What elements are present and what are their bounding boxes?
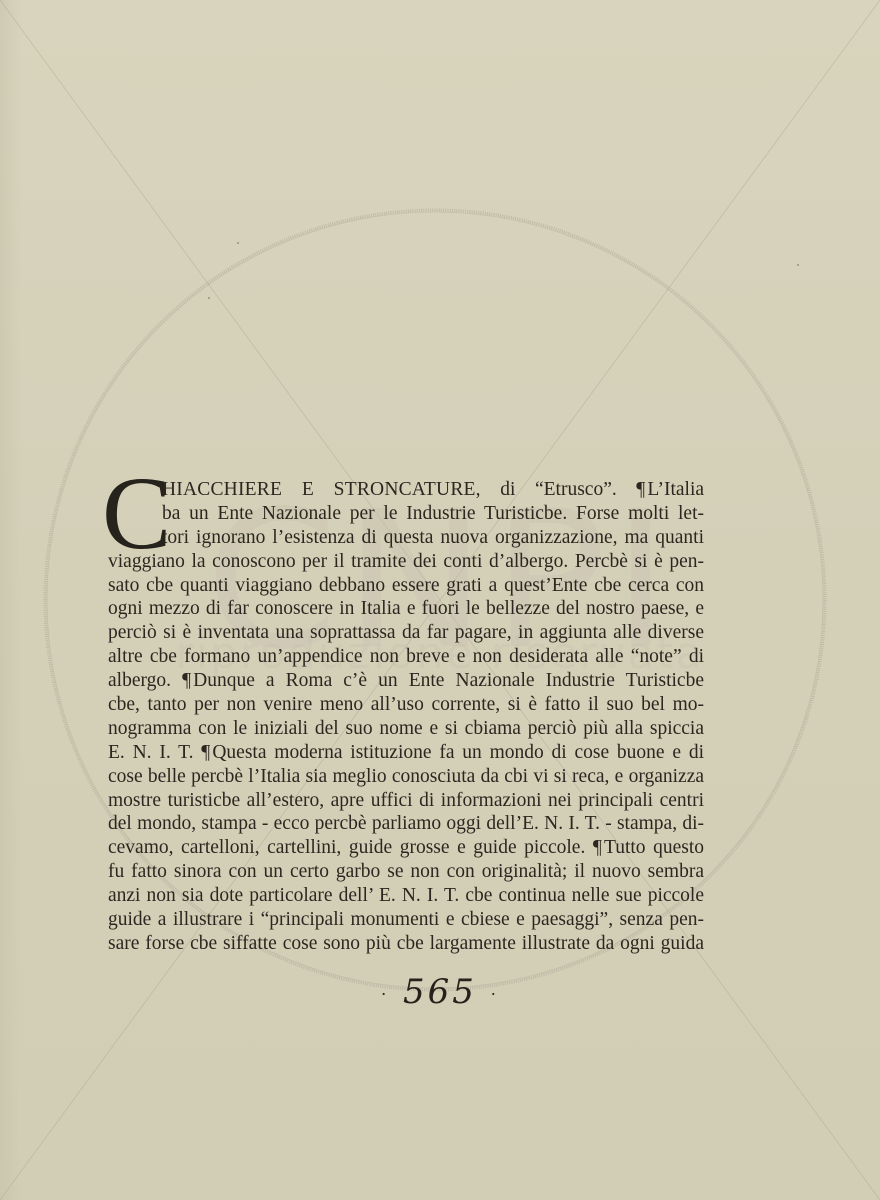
article-line-4: viaggiano la conoscono per il tramite de… bbox=[108, 550, 704, 574]
page-number-dot-right: · bbox=[491, 985, 499, 1004]
article-line-10: cbe, tanto per non venire meno all’uso c… bbox=[108, 693, 704, 717]
article-title: HIACCHIERE E STRONCATURE, bbox=[162, 479, 481, 500]
line-text: Dunque a Roma c’è un Ente Nazionale Indu… bbox=[193, 670, 704, 691]
article-line-15: del mondo, stampa - ecco percbè parliamo… bbox=[108, 812, 704, 836]
pilcrow-icon: ¶ bbox=[636, 478, 645, 502]
article-line-6: ogni mezzo di far conoscere in Italia e … bbox=[108, 597, 704, 621]
article-line-7: perciò si è inventata una soprattassa da… bbox=[108, 621, 704, 645]
article-line-9: albergo. ¶Dunque a Roma c’è un Ente Nazi… bbox=[108, 669, 704, 693]
article-line-11: nogramma con le iniziali del suo nome e … bbox=[108, 717, 704, 741]
line-text-before: E. N. I. T. bbox=[108, 742, 193, 763]
page-number-dot-left: · bbox=[381, 985, 389, 1004]
line-text-before: albergo. bbox=[108, 670, 171, 691]
article-line-13: cose belle percbè l’Italia sia meglio co… bbox=[108, 765, 704, 789]
line-text: Tutto questo bbox=[604, 837, 704, 858]
line-text: Questa moderna istituzione fa un mondo d… bbox=[212, 742, 704, 763]
article-body: C HIACCHIERE E STRONCATURE, di “Etrusco”… bbox=[108, 478, 704, 956]
article-line-19: guide a illustrare i “principali monumen… bbox=[108, 908, 704, 932]
article-line-8: altre cbe formano un’appendice non breve… bbox=[108, 645, 704, 669]
page-number: · 565 · bbox=[0, 972, 880, 1012]
article-line-18: anzi non sia dote particolare dell’ E. N… bbox=[108, 884, 704, 908]
pilcrow-icon: ¶ bbox=[593, 836, 602, 860]
pilcrow-icon: ¶ bbox=[182, 669, 191, 693]
article-line-17: fu fatto sinora con un certo garbo se no… bbox=[108, 860, 704, 884]
article-line-14: mostre turisticbe all’estero, apre uffic… bbox=[108, 789, 704, 813]
line-text-before: cevamo, cartelloni, cartellini, guide gr… bbox=[108, 837, 585, 858]
pilcrow-icon: ¶ bbox=[201, 741, 210, 765]
article-line-3: tori ignorano l’esistenza di questa nuov… bbox=[162, 526, 704, 550]
article-byline: di “Etrusco”. bbox=[481, 479, 617, 500]
paper-speck bbox=[237, 242, 239, 244]
article-line-2: ba un Ente Nazionale per le Industrie Tu… bbox=[162, 502, 704, 526]
drop-cap: C bbox=[102, 470, 171, 558]
paper-speck bbox=[797, 264, 799, 266]
paper-speck bbox=[208, 297, 210, 299]
article-line-16: cevamo, cartelloni, cartellini, guide gr… bbox=[108, 836, 704, 860]
line-text: L’Italia bbox=[647, 479, 704, 500]
article-line-1: HIACCHIERE E STRONCATURE, di “Etrusco”. … bbox=[162, 478, 704, 502]
scanned-page: CNPI riproduzione riservata C HIACCHIERE… bbox=[0, 0, 880, 1200]
article-line-20: sare forse cbe siffatte cose sono più cb… bbox=[108, 932, 704, 956]
page-number-value: 565 bbox=[403, 972, 477, 1012]
article-line-12: E. N. I. T. ¶Questa moderna istituzione … bbox=[108, 741, 704, 765]
article-line-5: sato cbe quanti viaggiano debbano essere… bbox=[108, 574, 704, 598]
